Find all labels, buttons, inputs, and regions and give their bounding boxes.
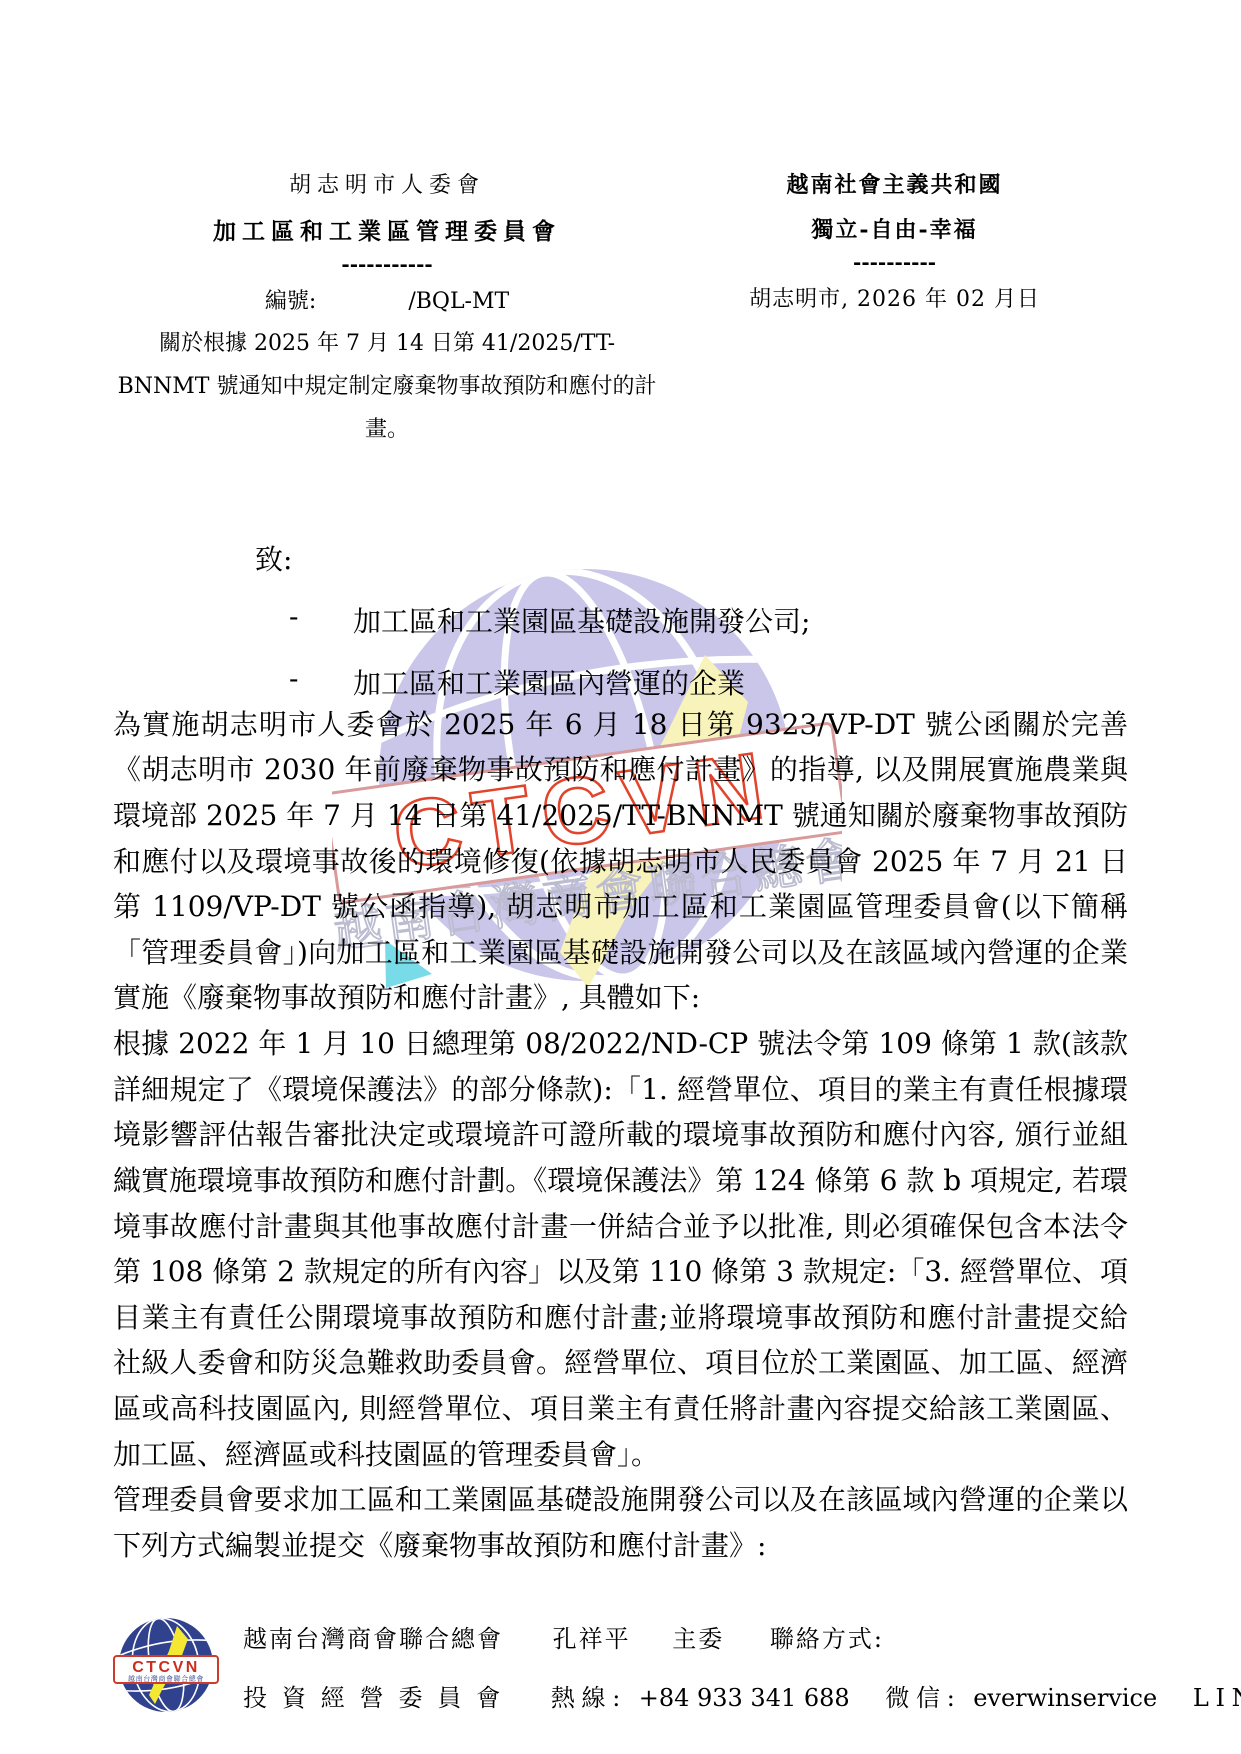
ctcvn-logo-icon: CTCVN 越南台灣商會聯合總會 <box>113 1611 219 1721</box>
body-paragraph-3: 管理委員會要求加工區和工業園區基礎設施開發公司以及在該區域內營運的企業以下列方式… <box>113 1477 1128 1568</box>
header-left-divider: ----------- <box>113 254 661 274</box>
footer-contact-label: 聯絡方式: <box>770 1625 884 1653</box>
document-footer: CTCVN 越南台灣商會聯合總會 越南台灣商會聯合總會 孔祥平 主委 聯絡方式:… <box>113 1611 1128 1721</box>
body-paragraph-2: 根據 2022 年 1 月 10 日總理第 08/2022/ND-CP 號法令第… <box>113 1021 1128 1477</box>
header-left-column: 胡志明市人委會 加工區和工業區管理委員會 ----------- 編號:/BQL… <box>113 168 661 452</box>
footer-hotline-label: 熱線: <box>551 1684 627 1712</box>
document-page: CTCVN 越南台灣商會聯合總會 胡志明市人委會 加工區和工業區管理委員會 --… <box>0 0 1241 1754</box>
recipients-label: 致: <box>255 538 1128 578</box>
footer-logo-org-name: 越南台灣商會聯合總會 <box>128 1674 204 1683</box>
footer-chairman-name: 孔祥平 <box>553 1625 631 1653</box>
recipients-section: 致: - 加工區和工業園區基礎設施開發公司; - 加工區和工業園區內營運的企業 <box>113 538 1128 702</box>
recipient-item: - 加工區和工業園區內營運的企業 <box>255 662 1128 702</box>
recipient-bullet: - <box>289 662 353 702</box>
footer-line-2: 投資經營委員會 熱線: +84 933 341 688 微信: everwins… <box>243 1678 1241 1713</box>
recipient-text: 加工區和工業園區基礎設施開發公司; <box>353 600 810 640</box>
document-header: 胡志明市人委會 加工區和工業區管理委員會 ----------- 編號:/BQL… <box>113 168 1128 452</box>
footer-org-name: 越南台灣商會聯合總會 <box>243 1625 503 1653</box>
footer-hotline-number: +84 933 341 688 <box>639 1684 850 1712</box>
footer-text-block: 越南台灣商會聯合總會 孔祥平 主委 聯絡方式: 投資經營委員會 熱線: +84 … <box>243 1619 1241 1713</box>
national-motto: 獨立-自由-幸福 <box>661 213 1128 244</box>
footer-committee-name: 投資經營委員會 <box>243 1684 515 1712</box>
footer-logo-banner: CTCVN 越南台灣商會聯合總會 <box>114 1656 218 1683</box>
issuing-authority-name: 加工區和工業區管理委員會 <box>113 213 661 246</box>
header-right-divider: ---------- <box>661 252 1128 272</box>
reference-number-label: 編號: <box>265 289 316 314</box>
footer-line-1: 越南台灣商會聯合總會 孔祥平 主委 聯絡方式: <box>243 1619 1241 1654</box>
footer-logo: CTCVN 越南台灣商會聯合總會 <box>113 1611 219 1721</box>
issuing-authority-parent: 胡志明市人委會 <box>113 168 661 199</box>
reference-number-value: /BQL-MT <box>408 289 509 314</box>
place-and-date-line: 胡志明市, 2026 年 02 月日 <box>661 282 1128 313</box>
footer-wechat-label: 微信: <box>885 1684 961 1712</box>
reference-number-line: 編號:/BQL-MT <box>113 284 661 315</box>
header-right-column: 越南社會主義共和國 獨立-自由-幸福 ---------- 胡志明市, 2026… <box>661 168 1128 452</box>
footer-chairman-title: 主委 <box>672 1625 724 1653</box>
footer-wechat-id: everwinservice <box>973 1684 1157 1712</box>
document-body: 為實施胡志明市人委會於 2025 年 6 月 18 日第 9323/VP-DT … <box>113 702 1128 1569</box>
footer-line-app-label: LINE: <box>1193 1684 1241 1712</box>
footer-logo-acronym: CTCVN <box>132 1659 200 1676</box>
body-paragraph-1: 為實施胡志明市人委會於 2025 年 6 月 18 日第 9323/VP-DT … <box>113 702 1128 1021</box>
document-subject: 關於根據 2025 年 7 月 14 日第 41/2025/TT-BNNMT 號… <box>113 323 661 452</box>
document-content: 胡志明市人委會 加工區和工業區管理委員會 ----------- 編號:/BQL… <box>0 0 1241 1721</box>
recipient-text: 加工區和工業園區內營運的企業 <box>353 662 745 702</box>
recipient-item: - 加工區和工業園區基礎設施開發公司; <box>255 600 1128 640</box>
country-name: 越南社會主義共和國 <box>661 168 1128 199</box>
recipient-bullet: - <box>289 600 353 640</box>
